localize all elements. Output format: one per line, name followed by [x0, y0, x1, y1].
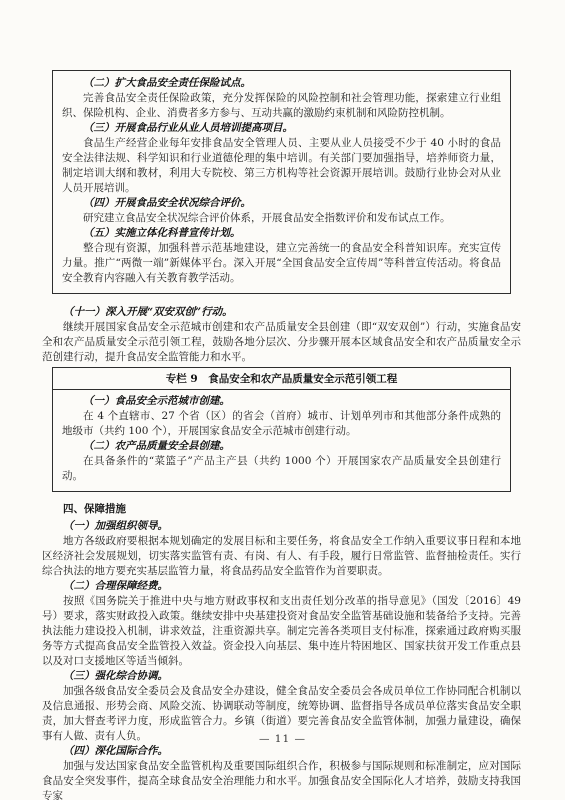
box2-para-1: 在 4 个直辖市、27 个省（区）的省会（首府）城市、计划单列市和其他部分条件成…	[62, 409, 501, 439]
box2-heading-1: （一）食品安全示范城市创建。	[62, 394, 501, 409]
box1-para-3: 食品生产经营企业每年安排食品安全管理人员、主要从业人员接受不少于 40 小时的食…	[62, 136, 501, 196]
box1-heading-2: （二）扩大食品安全责任保险试点。	[62, 76, 501, 91]
box1-para-4: 研究建立食品安全状况综合评价体系，开展食品安全指数评价和发布试点工作。	[62, 211, 501, 226]
page-number: — 11 —	[0, 733, 565, 745]
section-4-title: 四、保障措施	[42, 501, 521, 517]
box1-para-5: 整合现有资源，加强科普示范基地建设，建立完善统一的食品安全科普知识库。充实宣传力…	[62, 241, 501, 286]
page-content: （二）扩大食品安全责任保险试点。 完善食品安全责任保险政策，充分发挥保险的风险控…	[42, 70, 521, 800]
column-box-9: 专栏 9 食品安全和农产品质量安全示范引领工程 （一）食品安全示范城市创建。 在…	[52, 367, 511, 492]
box2-heading-2: （二）农产品质量安全县创建。	[62, 439, 501, 454]
box1-heading-5: （五）实施立体化科普宣传计划。	[62, 226, 501, 241]
box1-heading-4: （四）开展食品安全状况综合评价。	[62, 196, 501, 211]
box2-para-2: 在具备条件的“菜篮子”产品主产县（共约 1000 个）开展国家农产品质量安全县创…	[62, 454, 501, 484]
box1-heading-3: （三）开展食品行业从业人员培训提高项目。	[62, 121, 501, 136]
column-box-continuation: （二）扩大食品安全责任保险试点。 完善食品安全责任保险政策，充分发挥保险的风险控…	[52, 70, 511, 294]
column-box-9-body: （一）食品安全示范城市创建。 在 4 个直辖市、27 个省（区）的省会（首府）城…	[53, 390, 510, 491]
section-4-2-para: 按照《国务院关于推进中央与地方财政事权和支出责任划分改革的指导意见》（国发〔20…	[42, 594, 521, 669]
section-4-4-para: 加强与发达国家食品安全监管机构及重要国际组织合作，积极参与国际规则和标准制定，应…	[42, 759, 521, 800]
box1-para-2: 完善食品安全责任保险政策，充分发挥保险的风险控制和社会管理功能，探索建立行业组织…	[62, 91, 501, 121]
section-11-para: 继续开展国家食品安全示范城市创建和农产品质量安全县创建（即“双安双创”）行动，实…	[42, 320, 521, 365]
section-4-1-heading: （一）加强组织领导。	[42, 519, 521, 534]
document-page: （二）扩大食品安全责任保险试点。 完善食品安全责任保险政策，充分发挥保险的风险控…	[0, 0, 565, 800]
section-4-3-heading: （三）强化综合协调。	[42, 669, 521, 684]
section-4-4-heading: （四）深化国际合作。	[42, 744, 521, 759]
column-box-9-title: 专栏 9 食品安全和农产品质量安全示范引领工程	[53, 368, 510, 390]
section-4-2-heading: （二）合理保障经费。	[42, 579, 521, 594]
section-4-1-para: 地方各级政府要根据本规划确定的发展目标和主要任务，将食品安全工作纳入重要议事日程…	[42, 534, 521, 579]
section-11-heading: （十一）深入开展“双安双创”行动。	[42, 305, 521, 320]
